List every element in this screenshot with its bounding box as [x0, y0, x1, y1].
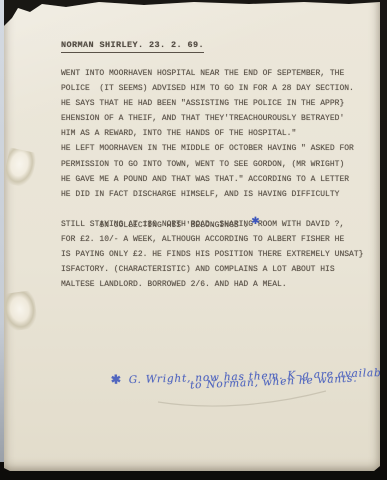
typed-line: IS PAYING ONLY £2. HE FINDS HIS POSITION…	[61, 247, 369, 262]
typed-line: FOR £2. 10/- A WEEK, ALTHOUGH ACCORDING …	[61, 232, 369, 247]
typed-line: STILL STAYING AT 180 NORTH ROAD. SHARING…	[61, 217, 369, 232]
typed-line: HE SAYS THAT HE HAD BEEN "ASSISTING THE …	[61, 96, 369, 111]
typed-body: WENT INTO MOORHAVEN HOSPITAL NEAR THE EN…	[61, 66, 369, 292]
typed-line: MALTESE LANDLORD. BORROWED 2/6. AND HAD …	[61, 277, 369, 292]
typed-line: HE DID IN FACT DISCHARGE HIMSELF, AND IS…	[61, 187, 369, 202]
typed-line: POLICE (IT SEEMS) ADVISED HIM TO GO IN F…	[61, 81, 369, 96]
scanner-edge	[0, 0, 4, 462]
typed-line: WENT INTO MOORHAVEN HOSPITAL NEAR THE EN…	[61, 66, 369, 81]
paper-tear-upper	[3, 147, 38, 188]
document-title: NORMAN SHIRLEY. 23. 2. 69.	[61, 40, 204, 53]
scanned-page: NORMAN SHIRLEY. 23. 2. 69. WENT INTO MOO…	[0, 0, 387, 480]
pencil-mark	[154, 386, 334, 412]
typed-line: PERMISSION TO GO INTO TOWN, WENT TO SEE …	[61, 157, 369, 172]
typed-line: HE LEFT MOORHAVEN IN THE MIDDLE OF OCTOB…	[61, 141, 369, 156]
typed-line: HE GAVE ME A POUND AND THAT WAS THAT." A…	[61, 172, 369, 187]
typed-line: ISFACTORY. (CHARACTERISTIC) AND COMPLAIN…	[61, 262, 369, 277]
typed-line: EHENSION OF A THEIF, AND THAT THEY'TREAC…	[61, 111, 369, 126]
document-paper: NORMAN SHIRLEY. 23. 2. 69. WENT INTO MOO…	[4, 0, 380, 471]
handwritten-asterisk-icon: ✱	[111, 372, 122, 386]
typed-line-with-footnote: IN COLLECTING HIS 'BELONGINGS'.✱	[61, 202, 369, 217]
typed-line: HIM AS A REWARD, INTO THE HANDS OF THE H…	[61, 126, 369, 141]
paper-tear-lower	[2, 290, 39, 332]
footnote-asterisk: ✱	[251, 216, 259, 227]
